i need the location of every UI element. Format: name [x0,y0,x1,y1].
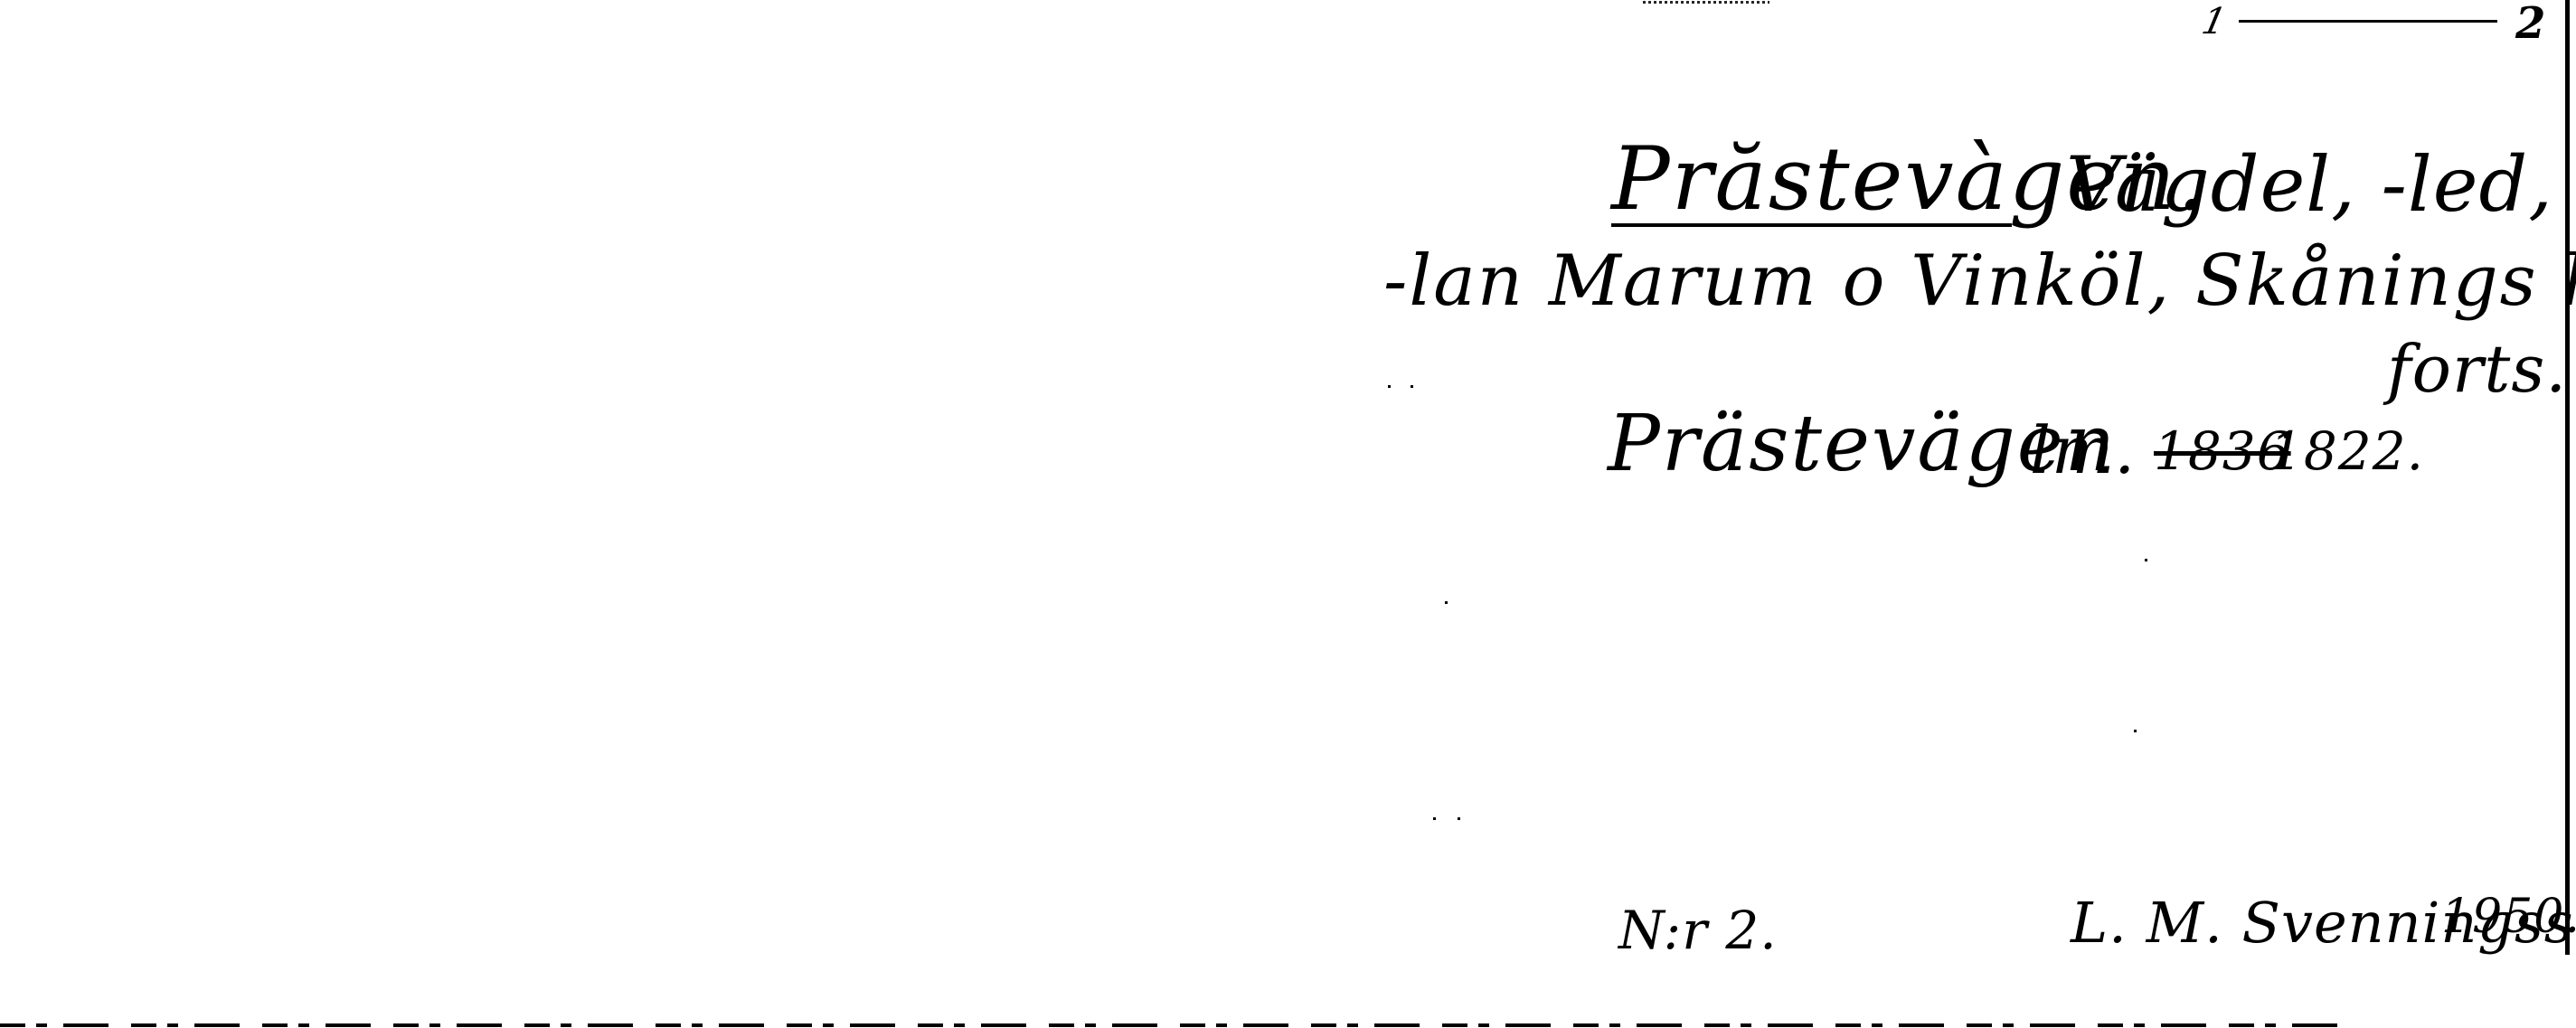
scan-speck [2134,730,2137,732]
scan-speck [1445,601,1448,604]
page-range-end: 2 [2515,2,2546,45]
signature-year: 1950. [2441,893,2576,940]
page-range-rule [2239,20,2497,23]
continuation-note: forts. [2387,336,2567,401]
scan-speck [1411,385,1413,388]
headword-underline [1611,223,2012,227]
card-number: N:r 2. [1618,904,1778,957]
scan-speck [2145,559,2147,561]
page-range-start: 1 [2199,4,2231,40]
scan-speck [1388,385,1391,388]
variant-source-abbr: lm. [2030,418,2136,483]
entry-description-line1: Vägdel, -led, mel- [2066,146,2576,222]
card-bottom-border [0,1023,2355,1027]
archive-card: 1 2 Prăstevàgen. Vägdel, -led, mel- -lan… [0,0,2576,1028]
scan-speck [1433,817,1436,820]
scan-speck [1458,817,1460,820]
entry-description-line2: -lan Marum o Vinköl, Skånings h. Skb. l. [1383,246,2576,316]
scan-specks-top [1643,1,1769,4]
variant-year: 1822. [2269,425,2424,477]
